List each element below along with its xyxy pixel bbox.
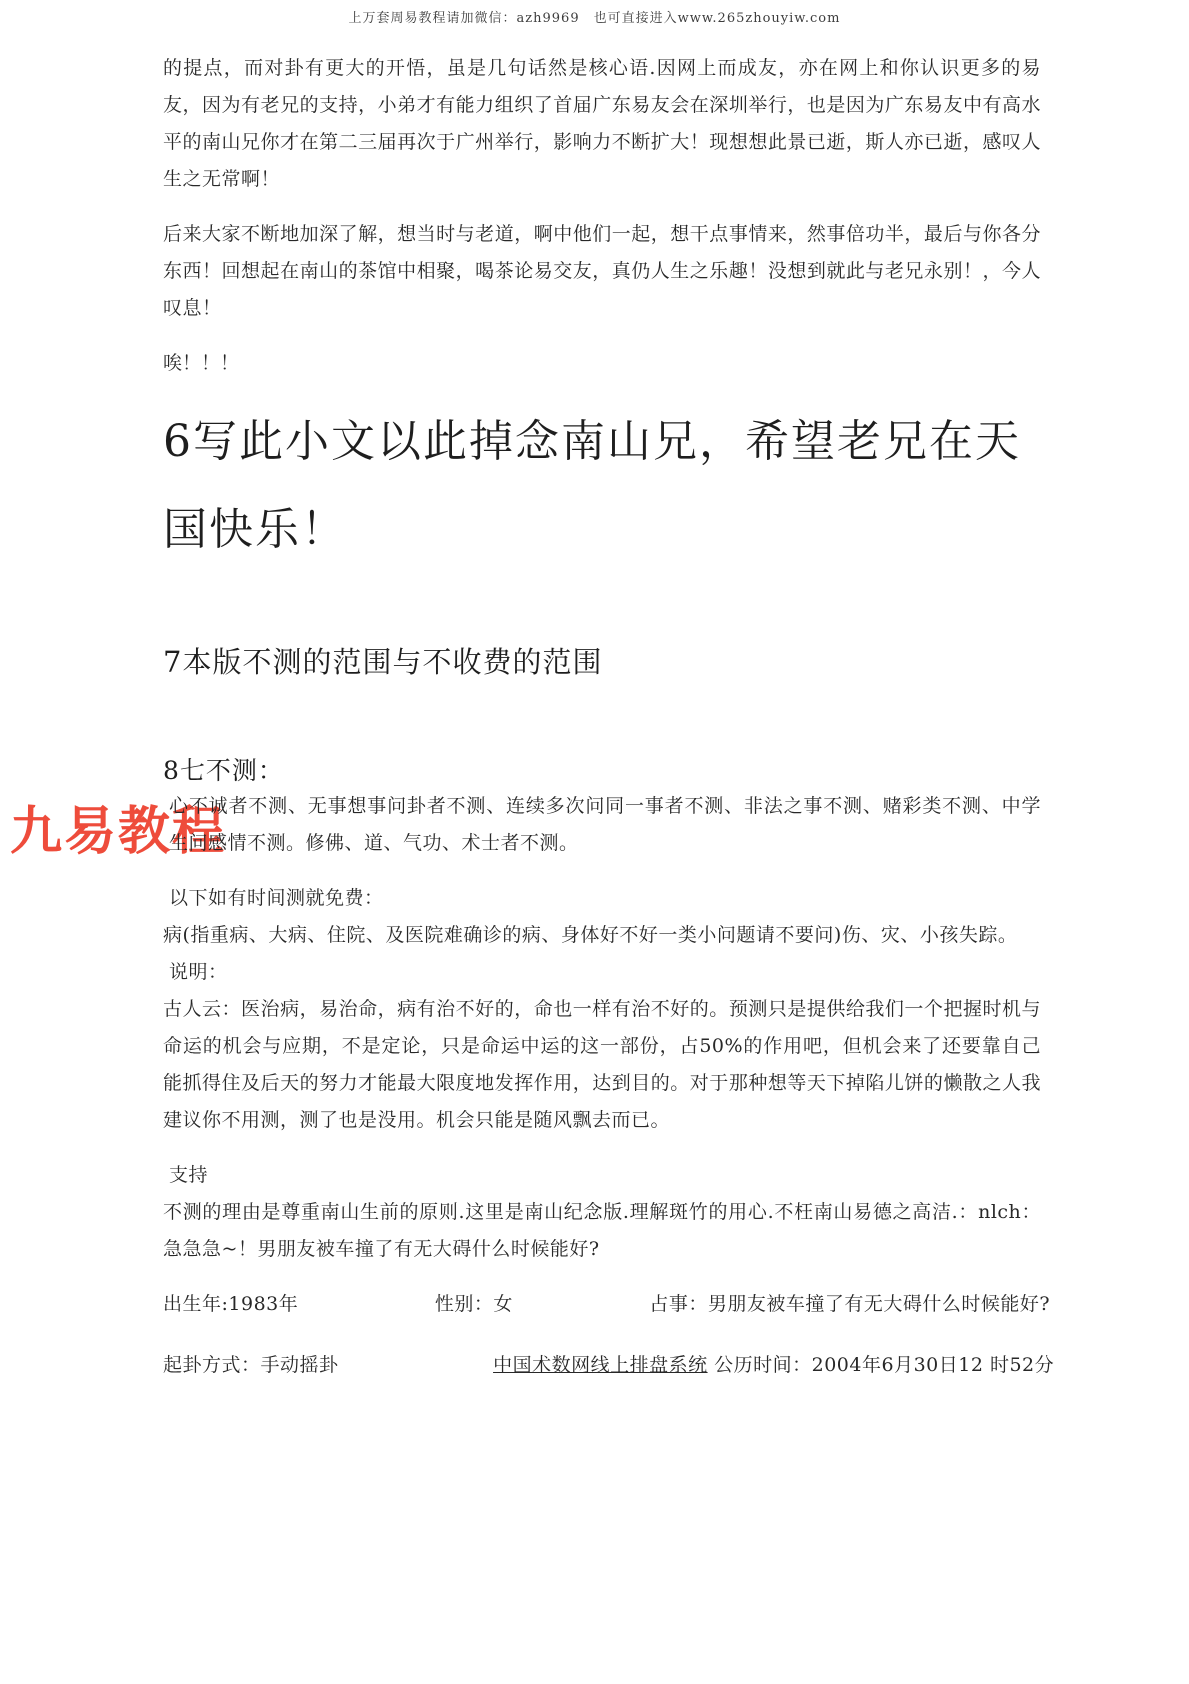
section-heading-7: 7本版不测的范围与不收费的范围 (163, 644, 1041, 680)
line-free-condition: 以下如有时间测就免费： (163, 880, 1041, 917)
document-content: 的提点，而对卦有更大的开悟，虽是几句话然是核心语.因网上而成友，亦在网上和你认识… (163, 50, 1041, 1384)
paragraph-note-explanation: 古人云：医治病，易治命，病有治不好的，命也一样有治不好的。预测只是提供给我们一个… (163, 991, 1041, 1139)
paragraph-no-test-rules: 心不诚者不测、无事想事问卦者不测、连续多次问同一事者不测、非法之事不测、赌彩类不… (163, 788, 1041, 862)
paragraph-no-test-reason: 不测的理由是尊重南山生前的原则.这里是南山纪念版.理解斑竹的用心.不枉南山易德之… (163, 1194, 1041, 1268)
section-heading-8: 8七不测： (163, 754, 1041, 788)
question-field: 占事：男朋友被车撞了有无大碍什么时候能好? (649, 1286, 1050, 1323)
birth-year-field: 出生年:1983年 (163, 1286, 298, 1323)
gender-field: 性别：女 (435, 1286, 513, 1323)
paragraph-illness-scope: 病(指重病、大病、住院、及医院难确诊的病、身体好不好一类小问题请不要问)伤、灾、… (163, 917, 1041, 954)
promo-banner: 上万套周易教程请加微信：azh9969 也可直接进入www.265zhouyiw… (0, 0, 1189, 26)
label-note: 说明： (163, 954, 1041, 991)
solar-time-field: 公历时间：2004年6月30日12 时52分 (714, 1347, 1054, 1384)
paragraph-memoir-1: 的提点，而对卦有更大的开悟，虽是几句话然是核心语.因网上而成友，亦在网上和你认识… (163, 50, 1041, 198)
case-info-row: 出生年:1983年 性别：女 占事：男朋友被车撞了有无大碍什么时候能好? (163, 1286, 1041, 1323)
sigh-line: 唉！！！ (163, 345, 1041, 382)
method-field: 起卦方式：手动摇卦 (163, 1347, 339, 1384)
paragraph-memoir-2: 后来大家不断地加深了解，想当时与老道，啊中他们一起，想干点事情来，然事倍功半，最… (163, 216, 1041, 327)
section-heading-6: 6写此小文以此掉念南山兄，希望老兄在天国快乐！ (163, 398, 1041, 574)
paipan-system-link[interactable]: 中国术数网线上排盘系统 (493, 1347, 708, 1384)
label-support: 支持 (163, 1157, 1041, 1194)
divination-row: 起卦方式：手动摇卦 中国术数网线上排盘系统 公历时间：2004年6月30日12 … (163, 1347, 1041, 1384)
